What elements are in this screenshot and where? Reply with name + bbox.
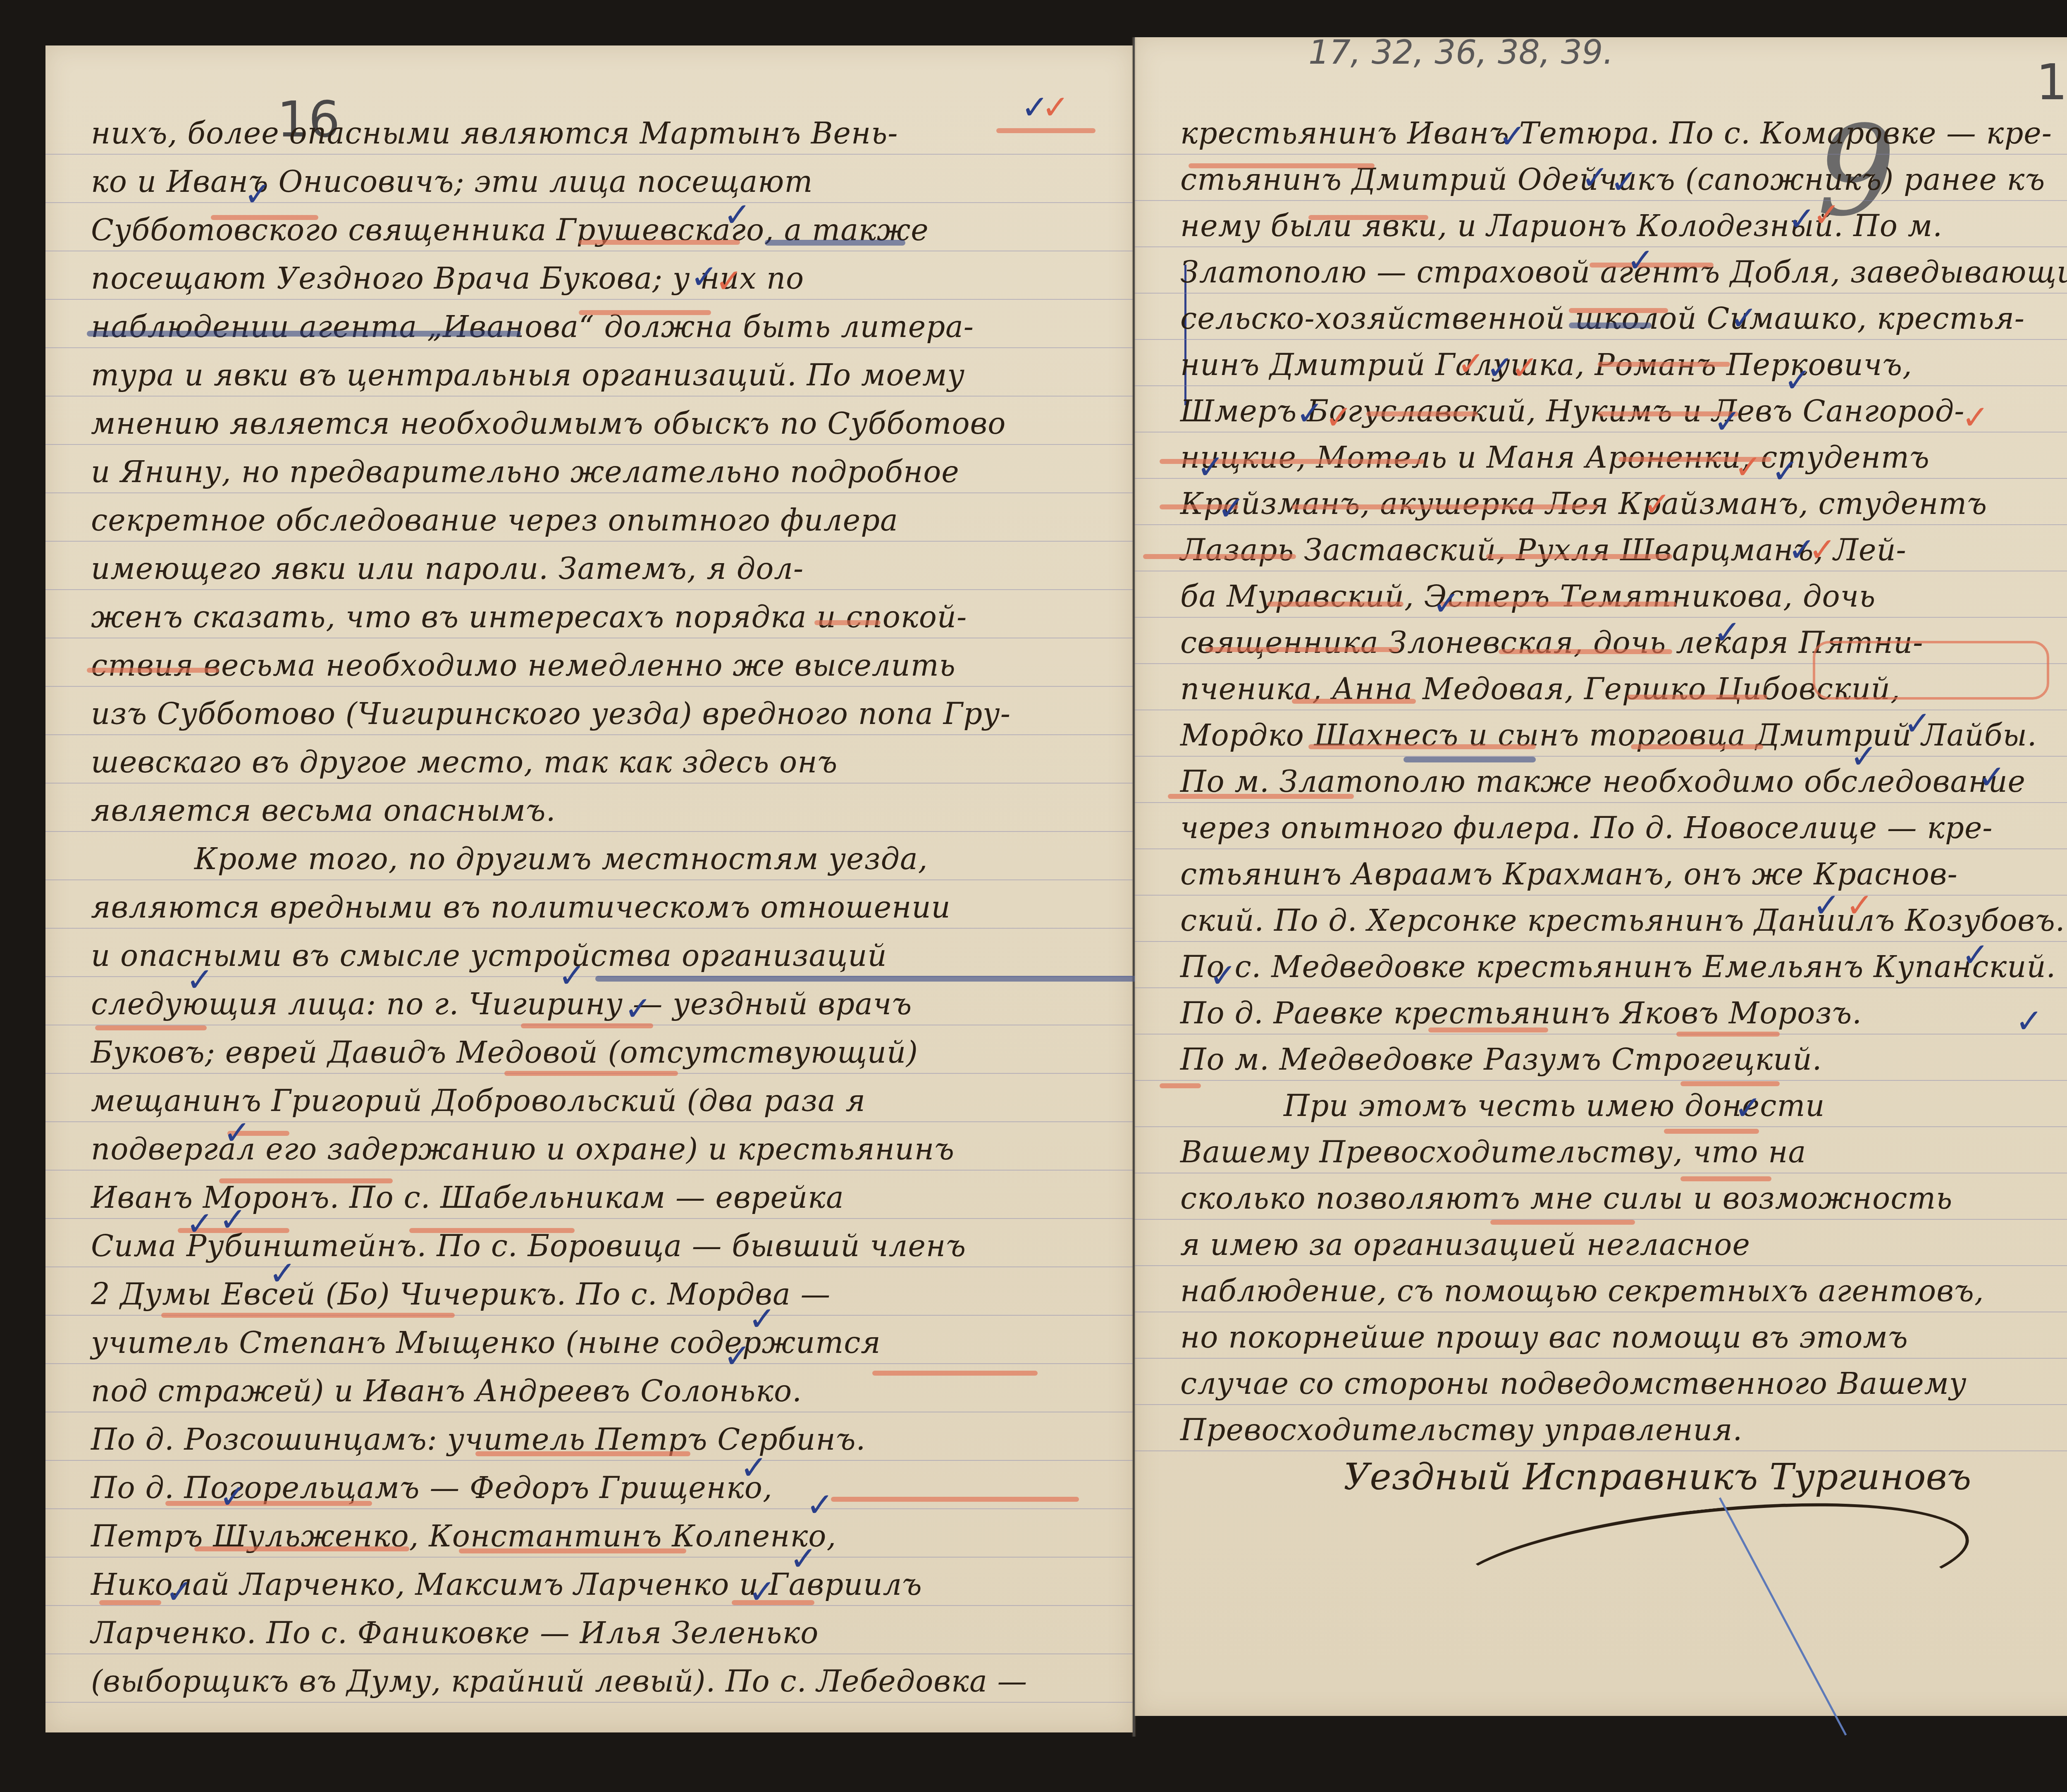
red-pencil-underline — [579, 240, 740, 245]
red-pencil-underline — [1267, 602, 1403, 607]
page-fold — [1132, 37, 1136, 1737]
ruled-line — [1135, 571, 2067, 571]
handwritten-line: и опасными въ смысле устройства организа… — [91, 938, 1104, 973]
handwritten-line: (выборщикъ въ Думу, крайний левый). По с… — [91, 1664, 1104, 1699]
ruled-line — [1135, 246, 2067, 247]
ruled-line — [1135, 385, 2067, 386]
red-pencil-underline — [996, 128, 1096, 133]
ruled-line — [45, 638, 1133, 638]
handwritten-line: Златополю — страховой агентъ Добля, заве… — [1180, 255, 2067, 289]
handwritten-line: 2 Думы Евсей (Бо) Чичерикъ. По с. Мордва… — [91, 1277, 1104, 1312]
ruled-line — [45, 1460, 1133, 1461]
red-check-mark-icon: ✓ — [1734, 451, 1762, 484]
handwritten-line: секретное обследование через опытного фи… — [91, 503, 1104, 538]
red-check-mark-icon: ✓ — [1809, 533, 1836, 566]
ruled-line — [45, 1605, 1133, 1606]
folio-number: 17 — [2036, 54, 2067, 111]
ruled-line — [45, 686, 1133, 687]
blue-check-mark-icon: ✓ — [1813, 889, 1840, 922]
blue-check-mark-icon: ✓ — [690, 260, 718, 294]
red-pencil-underline — [475, 1451, 690, 1456]
red-pencil-underline — [831, 1497, 1079, 1502]
blue-check-mark-icon: ✓ — [1581, 161, 1609, 194]
blue-check-mark-icon: ✓ — [1486, 351, 1514, 385]
ruled-line — [45, 1508, 1133, 1509]
blue-check-mark-icon: ✓ — [219, 1203, 247, 1236]
ruled-line — [45, 1363, 1133, 1364]
handwritten-line: сколько позволяютъ мне силы и возможност… — [1180, 1181, 2067, 1216]
handwritten-line: шевскаго въ другое место, так как здесь … — [91, 745, 1104, 779]
ruled-line — [45, 734, 1133, 735]
ruled-line — [45, 928, 1133, 929]
red-pencil-underline — [1168, 794, 1354, 799]
red-pencil-underline — [1680, 1176, 1771, 1181]
handwritten-line: ствия весьма необходимо немедленно же вы… — [91, 648, 1104, 683]
red-pencil-underline — [1308, 215, 1428, 220]
red-pencil-underline — [87, 668, 219, 673]
red-pencil-underline — [1664, 1129, 1759, 1134]
blue-check-mark-icon: ✓ — [1714, 405, 1741, 438]
red-pencil-underline — [1627, 695, 1767, 700]
red-pencil-underline — [409, 1228, 575, 1233]
red-pencil-underline — [1676, 1032, 1780, 1037]
handwritten-line: сельско-хозяйственной школой Симашко, кр… — [1180, 301, 2067, 336]
red-pencil-underline — [1366, 411, 1478, 416]
ruled-line — [45, 831, 1133, 832]
ruled-line — [1135, 756, 2067, 757]
red-pencil-underline — [219, 1178, 393, 1183]
red-pencil-underline — [1441, 602, 1676, 607]
blue-check-mark-icon: ✓ — [1850, 740, 1878, 773]
red-pencil-underline — [211, 215, 318, 220]
blue-check-mark-icon: ✓ — [1499, 120, 1526, 153]
red-pencil-underline — [1680, 1081, 1780, 1086]
red-pencil-underline — [1499, 649, 1672, 654]
blue-pencil-underline — [1403, 757, 1536, 762]
blue-check-mark-icon: ✓ — [186, 1207, 214, 1240]
handwritten-line: Николай Ларченко, Максимъ Ларченко и Гав… — [91, 1567, 1104, 1602]
handwritten-line: Буковъ; еврей Давидъ Медовой (отсутствую… — [91, 1035, 1104, 1070]
red-pencil-underline — [1486, 554, 1672, 559]
handwritten-line: но покорнейше прошу вас помощи въ этомъ — [1180, 1320, 2067, 1355]
red-pencil-underline — [1292, 699, 1416, 704]
handwritten-line: мещанинъ Григорий Добровольский (два раз… — [91, 1083, 1104, 1118]
handwritten-line: я имею за организацией негласное — [1180, 1227, 2067, 1262]
red-check-mark-icon: ✓ — [1511, 351, 1539, 385]
blue-check-mark-icon: ✓ — [723, 1340, 751, 1373]
blue-check-mark-icon: ✓ — [790, 1542, 817, 1575]
handwritten-line: стьянинъ Авраамъ Крахманъ, онъ же Красно… — [1180, 857, 2067, 891]
red-check-mark-icon: ✓ — [1813, 198, 1840, 232]
handwritten-line: ко и Иванъ Онисовичъ; эти лица посещают — [91, 164, 1104, 199]
blue-check-mark-icon: ✓ — [186, 963, 214, 996]
handwritten-line: имеющего явки или пароли. Затемъ, я дол- — [91, 551, 1104, 586]
ruled-line — [1135, 1265, 2067, 1266]
handwritten-line: Кроме того, по другимъ местностям уезда, — [194, 841, 1104, 876]
blue-check-mark-icon: ✓ — [1627, 244, 1654, 277]
blue-pencil-underline — [87, 331, 521, 337]
red-check-mark-icon: ✓ — [1042, 91, 1069, 124]
blue-check-mark-icon: ✓ — [165, 1575, 193, 1608]
red-pencil-underline — [459, 1548, 686, 1553]
ruled-line — [1135, 154, 2067, 155]
red-pencil-underline — [1569, 308, 1668, 313]
handwritten-line: через опытного филера. По д. Новоселице … — [1180, 810, 2067, 845]
red-pencil-underline — [165, 1501, 372, 1506]
handwritten-line: Превосходительству управления. — [1180, 1412, 2067, 1447]
handwritten-line: ский. По д. Херсонке крестьянинъ Даниилъ… — [1180, 903, 2067, 938]
ruled-line — [1135, 1173, 2067, 1173]
red-pencil-underline — [99, 1600, 161, 1605]
blue-check-mark-icon: ✓ — [219, 1480, 247, 1513]
ruled-line — [45, 154, 1133, 155]
ruled-line — [1135, 1080, 2067, 1081]
ruled-line — [1135, 478, 2067, 479]
handwritten-line: женъ сказать, что въ интересахъ порядка … — [91, 600, 1104, 634]
red-pencil-underline — [95, 1025, 207, 1030]
handwritten-line: является весьма опаснымъ. — [91, 793, 1104, 828]
red-check-mark-icon: ✓ — [1457, 347, 1485, 380]
red-pencil-underline — [1308, 744, 1536, 749]
red-pencil-underline — [161, 1313, 455, 1318]
ruled-line — [45, 1266, 1133, 1267]
blue-check-mark-icon: ✓ — [1784, 364, 1812, 397]
red-check-mark-icon: ✓ — [1962, 401, 1989, 434]
red-pencil-underline — [1598, 362, 1730, 367]
ruled-line — [45, 202, 1133, 203]
blue-check-mark-icon: ✓ — [1296, 397, 1324, 430]
ruled-line — [45, 783, 1133, 784]
handwritten-line: тура и явки въ центральныя организаций. … — [91, 358, 1104, 392]
handwritten-line: следующия лица: по г. Чигирину — уездный… — [91, 987, 1104, 1021]
blue-check-mark-icon: ✓ — [1978, 761, 2006, 794]
ruled-line — [45, 879, 1133, 880]
ruled-line — [1135, 200, 2067, 201]
ruled-line — [1135, 432, 2067, 432]
pencil-annotation: 17, 32, 36, 38, 39. — [1308, 33, 1614, 72]
ruled-line — [45, 251, 1133, 251]
ruled-line — [45, 347, 1133, 348]
ruled-line — [1135, 1358, 2067, 1359]
handwritten-line: изъ Субботово (Чигиринского уезда) вредн… — [91, 696, 1104, 731]
blue-pencil-underline — [1569, 323, 1652, 328]
ruled-line — [45, 492, 1133, 493]
blue-check-mark-icon: ✓ — [1730, 302, 1758, 335]
ruled-line — [45, 1412, 1133, 1412]
blue-check-mark-icon: ✓ — [740, 1451, 768, 1484]
handwritten-line: По с. Медведовке крестьянинъ Емельянъ Ку… — [1180, 949, 2067, 984]
red-check-mark-icon: ✓ — [1325, 401, 1353, 434]
blue-check-mark-icon: ✓ — [1962, 939, 1989, 972]
blue-check-mark-icon: ✓ — [558, 959, 586, 992]
blue-check-mark-icon: ✓ — [1217, 492, 1245, 525]
blue-check-mark-icon: ✓ — [223, 1116, 251, 1149]
ruled-line — [45, 1121, 1133, 1122]
handwritten-line: посещают Уездного Врача Букова; у них по — [91, 261, 1104, 296]
handwritten-line: мнению является необходимымъ обыскъ по С… — [91, 406, 1104, 441]
ruled-line — [45, 299, 1133, 300]
red-circle-mark — [1813, 641, 2049, 700]
blue-check-mark-icon: ✓ — [1610, 165, 1638, 198]
blue-check-mark-icon: ✓ — [244, 178, 272, 211]
handwritten-line: наблюдение, съ помощью секретныхъ агенто… — [1180, 1274, 2067, 1308]
red-pencil-underline — [504, 1071, 678, 1076]
handwritten-line: Вашему Превосходительству, что на — [1180, 1135, 2067, 1169]
ruled-line — [45, 1702, 1133, 1703]
red-check-mark-icon: ✓ — [715, 265, 743, 298]
ruled-line — [45, 1653, 1133, 1654]
handwritten-line: Крайзманъ, акушерка Лея Крайзманъ, студе… — [1180, 486, 2067, 521]
ruled-line — [45, 1170, 1133, 1171]
ruled-line — [45, 396, 1133, 397]
handwritten-line: Лазарь Заставский, Рухля Шварцманъ, Лей- — [1180, 533, 2067, 567]
blue-check-mark-icon: ✓ — [1714, 616, 1741, 649]
red-pencil-underline — [1189, 163, 1375, 168]
blue-check-mark-icon: ✓ — [624, 992, 652, 1025]
blue-pencil-underline — [595, 976, 1145, 982]
ruled-line — [1135, 1404, 2067, 1405]
blue-check-mark-icon: ✓ — [1904, 707, 1931, 740]
red-pencil-underline — [872, 1371, 1038, 1376]
red-pencil-underline — [579, 310, 711, 315]
ruled-line — [45, 444, 1133, 445]
handwritten-line: По д. Раевке крестьянинъ Яковъ Морозъ. — [1180, 996, 2067, 1030]
red-check-mark-icon: ✓ — [1643, 488, 1671, 521]
red-pencil-underline — [1143, 554, 1296, 559]
handwritten-line: Ларченко. По с. Фаниковке — Илья Зеленьк… — [91, 1615, 1104, 1650]
ruled-line — [1135, 339, 2067, 340]
ruled-line — [1135, 941, 2067, 942]
signature: Уездный Исправникъ Тургиновъ — [1344, 1455, 1971, 1498]
handwritten-line: являются вредными въ политическомъ отнош… — [91, 890, 1104, 925]
blue-check-mark-icon: ✓ — [748, 1302, 776, 1336]
ruled-line — [45, 589, 1133, 590]
ruled-line — [1135, 1312, 2067, 1312]
handwritten-line: и Янину, но предварительно желательно по… — [91, 454, 1104, 489]
blue-check-mark-icon: ✓ — [1771, 455, 1799, 488]
handwritten-line: под стражей) и Иванъ Андреевъ Солонько. — [91, 1374, 1104, 1408]
handwritten-line: учитель Степанъ Мыщенко (ныне содержится — [91, 1325, 1104, 1360]
blue-check-mark-icon: ✓ — [1788, 203, 1816, 236]
ruled-line — [1135, 1126, 2067, 1127]
handwritten-line: ба Муравский, Эстеръ Темятникова, дочь — [1180, 579, 2067, 614]
red-pencil-underline — [814, 620, 881, 625]
handwritten-line: При этомъ честь имею донести — [1284, 1088, 2067, 1123]
blue-pencil-underline — [765, 240, 905, 246]
ruled-line — [1135, 293, 2067, 294]
red-pencil-underline — [1631, 744, 1763, 749]
ruled-line — [1135, 524, 2067, 525]
ruled-line — [1135, 895, 2067, 896]
ruled-line — [1135, 848, 2067, 849]
left-page: 16 нихъ, более опасными являются Мартынъ… — [45, 45, 1133, 1732]
red-pencil-underline — [1292, 504, 1598, 509]
blue-check-mark-icon: ✓ — [806, 1489, 834, 1522]
red-check-mark-icon: ✓ — [1846, 889, 1874, 922]
red-pencil-underline — [1490, 1220, 1635, 1225]
red-pencil-underline — [194, 1546, 409, 1551]
red-pencil-underline — [1205, 647, 1399, 652]
handwritten-line: случае со стороны подведомственного Ваше… — [1180, 1366, 2067, 1401]
red-pencil-underline — [1428, 1027, 1548, 1032]
blue-check-mark-icon: ✓ — [269, 1257, 296, 1290]
ruled-line — [1135, 802, 2067, 803]
handwritten-line: нихъ, более опасными являются Мартынъ Ве… — [91, 116, 1104, 151]
blue-check-mark-icon: ✓ — [1432, 587, 1460, 620]
handwritten-line: нему были явки, и Ларионъ Колодезный. По… — [1180, 208, 2067, 243]
ruled-line — [1135, 1450, 2067, 1451]
ruled-line — [1135, 1034, 2067, 1035]
ruled-line — [45, 541, 1133, 542]
blue-check-mark-icon: ✓ — [2015, 1005, 2043, 1038]
handwritten-line: крестьянинъ Иванъ Тетюра. По с. Комаровк… — [1180, 116, 2067, 151]
blue-check-mark-icon: ✓ — [748, 1575, 776, 1608]
blue-check-mark-icon: ✓ — [1197, 451, 1224, 484]
blue-check-mark-icon: ✓ — [1734, 1092, 1762, 1125]
red-pencil-underline — [1160, 1083, 1201, 1088]
blue-check-mark-icon: ✓ — [723, 198, 751, 232]
blue-check-mark-icon: ✓ — [1209, 959, 1237, 992]
ruled-line — [45, 1557, 1133, 1558]
ruled-line — [1135, 617, 2067, 618]
handwritten-line: По м. Медведовке Разумъ Строгецкий. — [1180, 1042, 2067, 1077]
ruled-line — [1135, 987, 2067, 988]
